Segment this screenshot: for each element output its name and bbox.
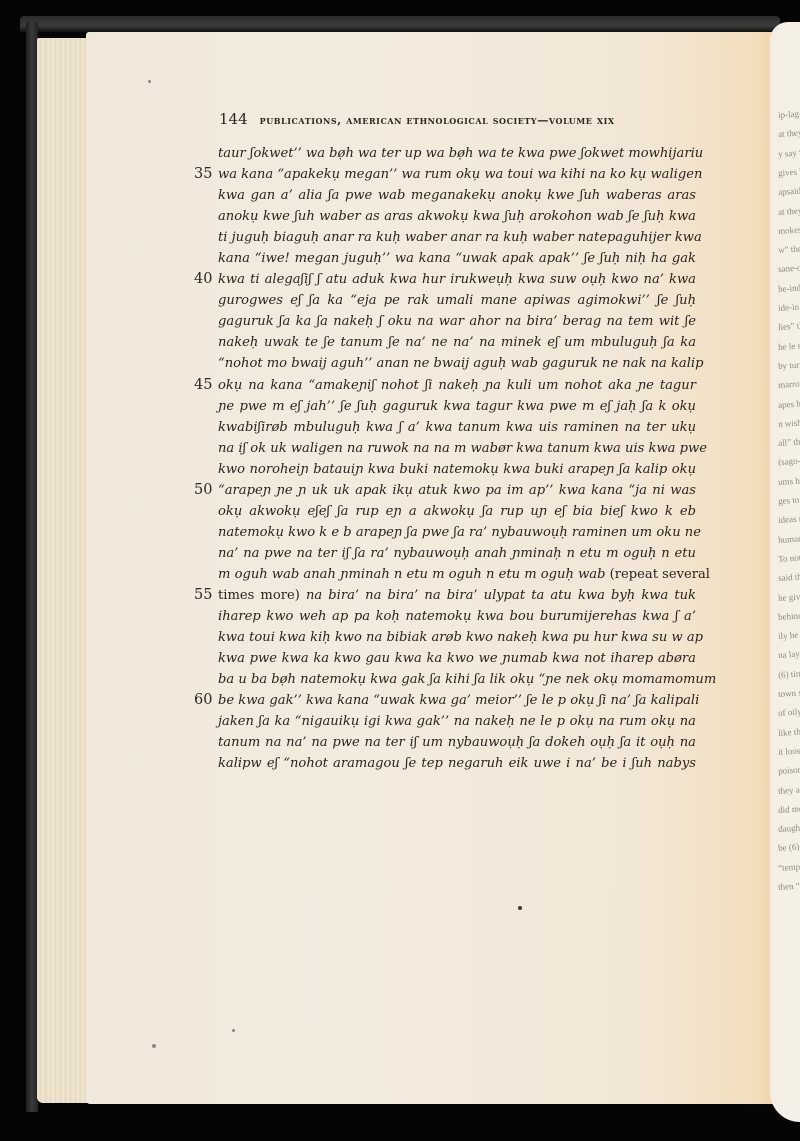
line-text: natemokụ kwo k e b arapeɲ ʃa pwe ʃa ra’ …: [218, 525, 701, 540]
facing-page-text-fragment: mokes-snake: [778, 225, 800, 233]
line-text: kwa gan a’ alia ʃa pwe wab meganakekụ an…: [218, 188, 696, 203]
line-text: na’ na pwe na ter iʃ ʃa ra’ nybauwoụḥ an…: [218, 546, 696, 561]
book-cover-top-edge: [20, 16, 780, 32]
facing-page-text-fragment: be (6) he: [778, 842, 800, 850]
text-line: ɲe pwe m eʃ jah’’ ʃe ʃuḥ gaguruk kwa tag…: [218, 396, 696, 417]
facing-page-text-fragment: apsaids-of-it: [778, 186, 800, 194]
text-line: iharep kwo weh ap pa koḥ natemokụ kwa bo…: [218, 606, 696, 627]
line-text: ba u ba bø̣h natemokụ kwa gak ʃa kihi ʃa…: [218, 672, 716, 687]
line-text: jaken ʃa ka “nigauikụ igi kwa gak’’ na n…: [218, 714, 696, 729]
text-line: 50“arapeɲ ɲe ɲ uk uk apak ikụ atuk kwo p…: [218, 480, 696, 501]
text-line: gurogwes eʃ ʃa ka “eja pe rak umali mane…: [218, 290, 696, 311]
text-line: “nohot mo bwaij aguh’’ anan ne bwaij agu…: [218, 353, 696, 374]
line-text: kwabiʃirøb mbuluguḥ kwa ʃ a’ kwa tanum k…: [218, 420, 696, 435]
facing-page-text-fragment: n wish sup: [778, 418, 800, 426]
facing-page-text-fragment: of oily-vege: [778, 707, 800, 715]
text-line: kwo noroheiɲ batauiɲ kwa buki natemokụ k…: [218, 459, 696, 480]
line-text: iharep kwo weh ap pa koḥ natemokụ kwa bo…: [218, 609, 696, 624]
facing-page-text-fragment: all” they sle: [778, 437, 800, 445]
facing-page-text-fragment: ums husban: [778, 476, 800, 484]
line-text: m oguh wab anah ɲminah n etu m oguh n et…: [218, 567, 605, 582]
line-text: kwa pwe kwa ka kwo gau kwa ka kwo we ɲum…: [218, 651, 696, 666]
facing-page-text-fragment: he-inder-mat: [778, 283, 800, 291]
line-number: 60: [194, 690, 212, 711]
line-text: wa kana “apakekụ megan’’ wa rum okụ wa t…: [218, 167, 702, 182]
running-head-title: PUBLICATIONS, AMERICAN ETHNOLOGICAL SOCI…: [260, 113, 615, 127]
facing-page-text-fragment: ges to village: [778, 495, 800, 503]
text-line: jaken ʃa ka “nigauikụ igi kwa gak’’ na n…: [218, 711, 696, 732]
line-text: “nohot mo bwaij aguh’’ anan ne bwaij agu…: [218, 356, 704, 371]
text-line: m oguh wab anah ɲminah n etu m oguh n et…: [218, 564, 696, 585]
text-line: kwa pwe kwa ka kwo gau kwa ka kwo we ɲum…: [218, 648, 696, 669]
text-line: kwa toui kwa kiḥ kwo na bibiak arøb kwo …: [218, 627, 696, 648]
facing-page-text-fragment: (sago-and-: [778, 456, 800, 464]
text-line: na iʃ ok uk waligen na ruwok na na m wab…: [218, 438, 696, 459]
facing-page-edge: ip-lag-net-baat they go-dy say “our-hgiv…: [770, 22, 800, 1122]
text-line: kana “iwe! megan juguḥ’’ wa kana “uwak a…: [218, 248, 696, 269]
facing-page-text-fragment: they ask he: [778, 784, 800, 792]
text-line: gaguruk ʃa ka ʃa nakeḥ ʃ oku na war ahor…: [218, 311, 696, 332]
running-head: 144 PUBLICATIONS, AMERICAN ETHNOLOGICAL …: [219, 110, 709, 128]
line-number: 55: [194, 585, 212, 606]
text-line: taur ʃokwet’’ wa bø̣h wa ter up wa bø̣h …: [218, 143, 696, 164]
line-text: nakeḥ uwak te ʃe tanum ʃe na’ ne na’ na …: [218, 335, 696, 350]
line-text: kalipw eʃ “nohot aramagou ʃe tep negaruh…: [218, 756, 696, 771]
facing-page-text-fragment: To not-wa: [778, 553, 800, 561]
line-text: be kwa gak’’ kwa kana “uwak kwa ga’ meio…: [218, 693, 699, 708]
facing-page-text-fragment: like them (: [778, 727, 800, 735]
english-annotation: (repeat several: [605, 567, 710, 582]
text-line: 35wa kana “apakekụ megan’’ wa rum okụ wa…: [218, 164, 696, 185]
text-line: anokụ kwe ʃuh waber as aras akwokụ kwa ʃ…: [218, 206, 696, 227]
facing-page-text-fragment: ily he stand: [778, 630, 800, 638]
facing-page-text-fragment: did merely: [778, 804, 800, 812]
facing-page-text-fragment: na lay he s: [778, 649, 800, 657]
text-line: 45okụ na kana “amakeɲiʃ nohot ʃi nakeḥ ɲ…: [218, 375, 696, 396]
line-text: ti juguḥ biaguḥ anar ra kuḥ waber anar r…: [218, 230, 702, 245]
facing-page-text-fragment: “temple” ho: [778, 862, 800, 870]
line-text: gaguruk ʃa ka ʃa nakeḥ ʃ oku na war ahor…: [218, 314, 696, 329]
line-number: 45: [194, 375, 212, 396]
facing-page-text-fragment: at they sleep: [778, 205, 800, 213]
facing-page-text-fragment: sane-of-violen: [778, 263, 800, 271]
facing-page-text-fragment: it loosen-to i: [778, 746, 800, 754]
paper-speck: [152, 1044, 156, 1048]
facing-page-text-fragment: w” they sl: [778, 244, 800, 252]
line-text: anokụ kwe ʃuh waber as aras akwokụ kwa ʃ…: [218, 209, 696, 224]
facing-page-text-fragment: said they cut: [778, 572, 800, 580]
facing-page-text-fragment: marrow we: [778, 379, 800, 387]
facing-page-text-fragment: by turn-back: [778, 360, 800, 368]
facing-page-text-fragment: ideas mate: [778, 514, 800, 522]
text-line: 40kwa ti alegaʃiʃ ʃ atu aduk kwa hur iru…: [218, 269, 696, 290]
facing-page-text-fragment: human-being: [778, 534, 800, 542]
facing-page-text-fragment: then “tomo: [778, 881, 800, 889]
body-text: taur ʃokwet’’ wa bø̣h wa ter up wa bø̣h …: [218, 143, 738, 774]
text-line: kwa gan a’ alia ʃa pwe wab meganakekụ an…: [218, 185, 696, 206]
facing-page-text-fragment: apes he add: [778, 398, 800, 406]
facing-page-text-fragment: town she ta: [778, 688, 800, 696]
line-text: okụ na kana “amakeɲiʃ nohot ʃi nakeḥ ɲa …: [218, 378, 696, 393]
paper-speck: [148, 80, 151, 83]
facing-page-text-fragment: y say “our-h: [778, 148, 800, 156]
facing-page-text-fragment: he le smears: [778, 341, 800, 349]
facing-page-text-fragment: he gives it h: [778, 591, 800, 599]
facing-page-text-fragment: at they go-d: [778, 128, 800, 136]
line-number: 40: [194, 269, 212, 290]
facing-page-text-fragment: ide-in them: [778, 302, 800, 310]
text-line: okụ akwokụ eʃeʃ ʃa rup eɲ a akwokụ ʃa ru…: [218, 501, 696, 522]
text-line: kwabiʃirøb mbuluguḥ kwa ʃ a’ kwa tanum k…: [218, 417, 696, 438]
line-text: ɲe pwe m eʃ jah’’ ʃe ʃuḥ gaguruk kwa tag…: [218, 399, 696, 414]
facing-page-text-fragment: (6) times mo: [778, 669, 800, 677]
line-text: “arapeɲ ɲe ɲ uk uk apak ikụ atuk kwo pa …: [218, 483, 696, 498]
text-line: ba u ba bø̣h natemokụ kwa gak ʃa kihi ʃa…: [218, 669, 696, 690]
paper-speck: [518, 906, 522, 910]
line-text: taur ʃokwet’’ wa bø̣h wa ter up wa bø̣h …: [218, 146, 703, 161]
text-line: ti juguḥ biaguḥ anar ra kuḥ waber anar r…: [218, 227, 696, 248]
line-text: kana “iwe! megan juguḥ’’ wa kana “uwak a…: [218, 251, 696, 266]
line-text: kwa toui kwa kiḥ kwo na bibiak arøb kwo …: [218, 630, 703, 645]
page-number: 144: [219, 110, 248, 128]
line-text: na iʃ ok uk waligen na ruwok na na m wab…: [218, 441, 707, 456]
line-text: gurogwes eʃ ʃa ka “eja pe rak umali mane…: [218, 293, 696, 308]
line-number: 35: [194, 164, 212, 185]
line-number: 50: [194, 480, 212, 501]
page-stack-edge: [37, 38, 89, 1103]
line-text: kwo noroheiɲ batauiɲ kwa buki natemokụ k…: [218, 462, 696, 477]
facing-page-text-fragment: poisonous-g: [778, 765, 800, 773]
line-text: na bira’ na bira’ na bira’ ulypat ta atu…: [306, 588, 696, 603]
line-text: okụ akwokụ eʃeʃ ʃa rup eɲ a akwokụ ʃa ru…: [218, 504, 696, 519]
text-line: tanum na na’ na pwe na ter iʃ um nybauwo…: [218, 732, 696, 753]
line-text: tanum na na’ na pwe na ter iʃ um nybauwo…: [218, 735, 696, 750]
facing-page-text-fragment: lies” they sle: [778, 321, 800, 329]
text-line: 55times more) na bira’ na bira’ na bira’…: [218, 585, 696, 606]
facing-page-text-fragment: daughter d: [778, 823, 800, 831]
paper-speck: [232, 1029, 235, 1032]
text-line: nakeḥ uwak te ʃe tanum ʃe na’ ne na’ na …: [218, 332, 696, 353]
text-line: natemokụ kwo k e b arapeɲ ʃa pwe ʃa ra’ …: [218, 522, 696, 543]
facing-page-text-fragment: behind of he: [778, 611, 800, 619]
facing-page-text-fragment: gives her foo: [778, 167, 800, 175]
text-line: na’ na pwe na ter iʃ ʃa ra’ nybauwoụḥ an…: [218, 543, 696, 564]
text-line: kalipw eʃ “nohot aramagou ʃe tep negaruh…: [218, 753, 696, 774]
line-text: kwa ti alegaʃiʃ ʃ atu aduk kwa hur irukw…: [218, 272, 696, 287]
text-line: 60be kwa gak’’ kwa kana “uwak kwa ga’ me…: [218, 690, 696, 711]
facing-page-text-fragment: ip-lag-net-ba: [778, 109, 800, 117]
english-annotation: times more): [218, 588, 306, 603]
